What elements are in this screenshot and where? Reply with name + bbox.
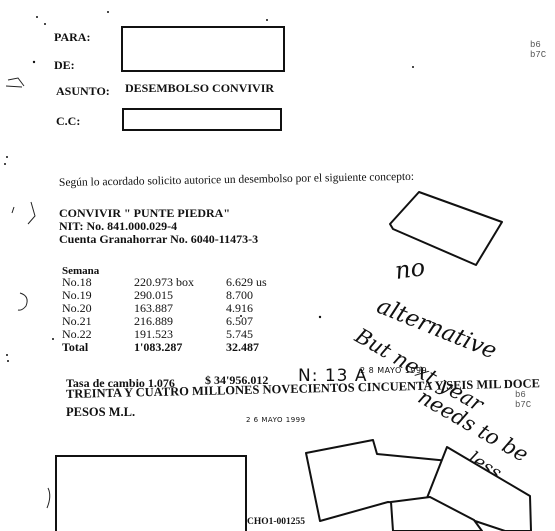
margin-mark-top — [6, 78, 24, 87]
margin-mark-left-2 — [18, 293, 27, 310]
margin-mark-bottom — [47, 488, 50, 508]
redaction-polygon-top — [390, 192, 502, 265]
margin-mark-left — [12, 202, 35, 224]
markup-overlay — [0, 0, 555, 531]
